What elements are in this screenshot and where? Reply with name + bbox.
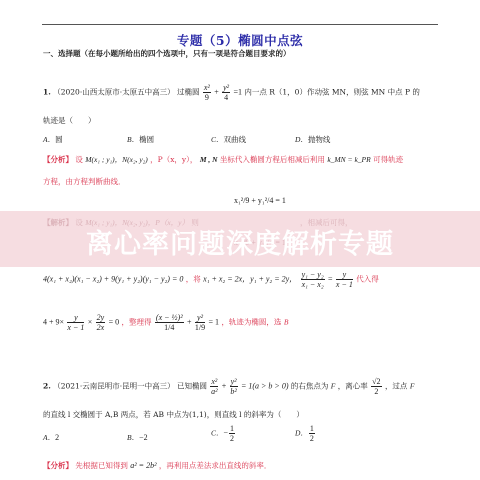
q1-result-frac2: y²1/9 — [195, 313, 205, 332]
q1-option-a: A．圆 — [43, 134, 63, 145]
q1-ellipse-x-frac: x²9 — [203, 83, 211, 102]
q2-option-d: D．12 — [295, 424, 316, 443]
q1-step-frac1: yx − 1 — [67, 313, 84, 332]
q1-option-c: C．双曲线 — [211, 134, 246, 145]
section-heading: 一、选择题（在每小题所给出的四个选项中，只有一项是符合题目要求的） — [43, 49, 291, 59]
q1-number: 1. — [43, 88, 51, 97]
q2-ellipse-y-frac: y²b² — [230, 377, 238, 396]
q1-answer: B — [284, 318, 289, 327]
q1-analysis-line2: 方程，由方程判断曲线． — [43, 177, 126, 187]
q2-ellipse-x-frac: x²a² — [210, 377, 218, 396]
q1-slope-frac1: y₁ − y₂x₁ − x₂ — [301, 270, 325, 289]
q1-slope-frac2: yx − 1 — [336, 270, 353, 289]
q2-option-b: B．−2 — [127, 432, 148, 443]
q2-stem-line2: 的直线 l 交椭圆于 A,B 两点，若 AB 中点为(1,1)，则直线 l 的斜… — [43, 410, 304, 420]
q1-solution-line3: 4 + 9× yx − 1 × 2y2x = 0 ，整理得 (x − ½)²1/… — [43, 313, 288, 332]
q1-stem-line1: 1. （2020·山西太原市·太原五中高三） 过椭圆 x²9 + y²4 =1 … — [43, 83, 420, 102]
q2-eccentricity-frac: √22 — [371, 377, 381, 396]
q1-solution-line2: 4(x₁ + x₂)(x₁ − x₂) + 9(y₁ + y₂)(y₁ − y₂… — [43, 270, 379, 289]
header-rule — [42, 24, 438, 25]
q2-option-a: A．2 — [43, 432, 59, 443]
q2-option-c: C．−12 — [211, 424, 236, 443]
q2-analysis: 【分析】 先根据已知得到 a² = 2b² ，再利用点差法求出直线的斜率． — [43, 461, 271, 471]
q1-source: （2020·山西太原市·太原五中高三） — [53, 88, 174, 97]
q1-stem-b: 内一点 R（1，0）作动弦 MN，则弦 MN 中点 P 的 — [244, 88, 420, 97]
q1-stem-a: 过椭圆 — [177, 88, 200, 97]
q1-step-frac2: 2y2x — [96, 313, 106, 332]
q1-analysis-line1: 【分析】 设 M(x₁ ; y₁)，N(x₂, y₂) ，P（x，y）， M ,… — [43, 155, 403, 165]
q1-analysis-tag: 【分析】 — [43, 155, 73, 164]
q1-system-row1: x₁²/9 + y₁²/4 = 1 — [234, 196, 286, 205]
banner-title: 离心率问题深度解析专题 — [0, 222, 480, 261]
document-page: 专题（5）椭圆中点弦 一、选择题（在每小题所给出的四个选项中，只有一项是符合题目… — [0, 0, 480, 480]
q1-stem-line2: 轨迹是（ ） — [43, 116, 96, 126]
q2-analysis-tag: 【分析】 — [43, 461, 73, 470]
q2-number: 2. — [43, 382, 51, 391]
q2-source: （2021·云南昆明市·昆明一中高三） — [53, 382, 174, 391]
q2-stem-line1: 2. （2021·云南昆明市·昆明一中高三） 已知椭圆 x²a² + y²b² … — [43, 377, 414, 396]
q1-option-b: B．椭圆 — [127, 134, 154, 145]
page-title: 专题（5）椭圆中点弦 — [0, 31, 480, 49]
q1-ellipse-y-frac: y²4 — [222, 83, 230, 102]
q1-option-d: D．抛物线 — [295, 134, 330, 145]
q1-result-frac1: (x − ½)²1/4 — [155, 313, 184, 332]
